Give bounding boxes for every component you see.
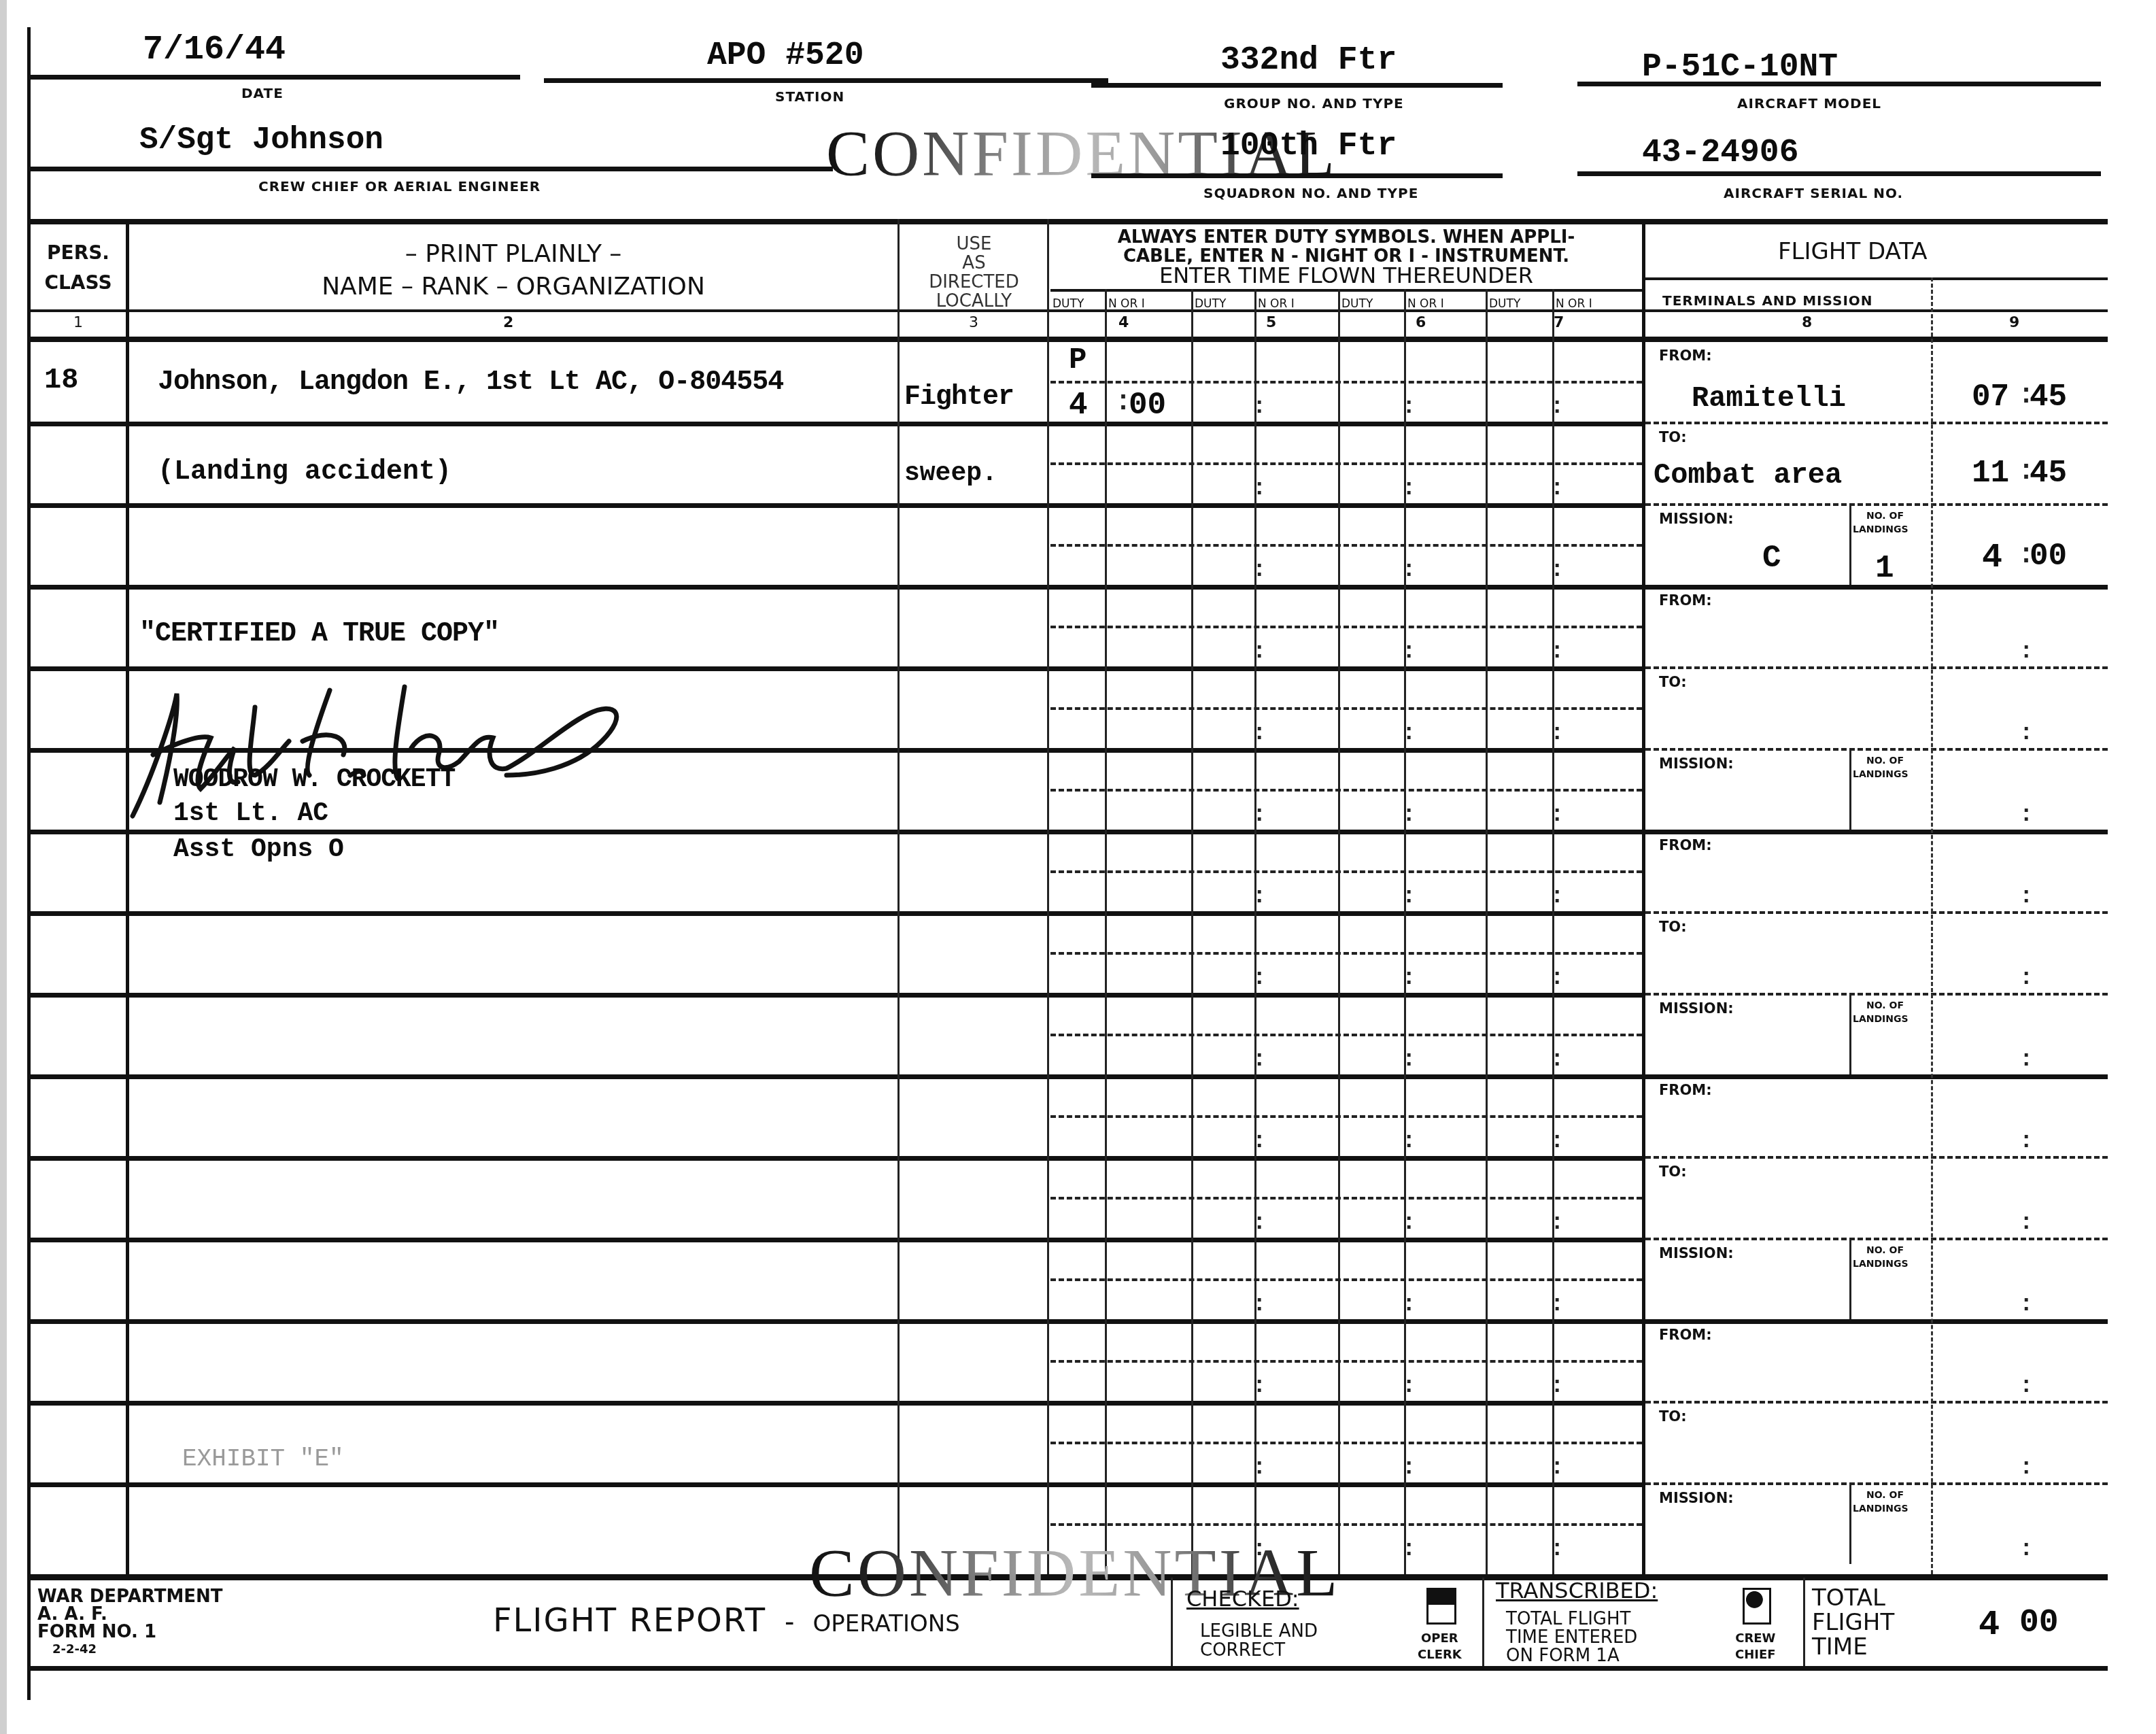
row-rule xyxy=(31,1156,1645,1161)
certification-heading: "CERTIFIED A TRUE COPY" xyxy=(139,619,499,649)
duty-sublabel: DUTY xyxy=(1195,297,1226,311)
leg1-to-value[interactable]: Combat area xyxy=(1654,459,1842,492)
leg1-depart-minutes[interactable]: 45 xyxy=(2030,379,2067,415)
squadron-label: SQUADRON NO. AND TYPE xyxy=(1203,185,1418,201)
landings-box-divider xyxy=(1849,748,1851,830)
col9-number: 9 xyxy=(2009,314,2019,331)
time-colon: : xyxy=(1252,721,1266,747)
time-colon: : xyxy=(2019,966,2033,991)
time-colon: : xyxy=(2019,1455,2033,1481)
time-colon: : xyxy=(1550,394,1564,420)
time-colon: : xyxy=(2019,1129,2033,1155)
checked-divider xyxy=(1171,1578,1173,1666)
row-rule xyxy=(31,1401,1645,1406)
time-colon: : xyxy=(1252,884,1266,910)
leg-rule xyxy=(1645,830,2108,834)
time-colon: : xyxy=(2019,1374,2033,1399)
time-colon: : xyxy=(1402,1537,1416,1563)
leg-dash-rule xyxy=(1645,1156,2108,1159)
leg-dash-rule xyxy=(1645,422,2108,424)
time-colon: : xyxy=(2019,1537,2033,1563)
time-colon: : xyxy=(2019,1292,2033,1318)
leg1-time-minutes[interactable]: 00 xyxy=(2030,539,2067,574)
aircraft-serial-label: AIRCRAFT SERIAL NO. xyxy=(1724,185,1903,201)
leg1-landings-value[interactable]: 1 xyxy=(1875,551,1894,586)
time-colon: : xyxy=(1402,1455,1416,1481)
crew-chief-label: CREW CHIEF OR AERIAL ENGINEER xyxy=(258,178,541,194)
to-label: TO: xyxy=(1659,674,1687,690)
entry-duty-minutes[interactable]: 00 xyxy=(1129,388,1166,423)
crew-chief-underline xyxy=(31,167,833,171)
group-value: 332nd Ftr xyxy=(1220,42,1397,79)
time-colon: : xyxy=(1550,966,1564,991)
to-label: TO: xyxy=(1659,1408,1687,1425)
n-or-i-sublabel: N OR I xyxy=(1556,297,1592,311)
leg1-depart-hours[interactable]: 07 xyxy=(1972,379,2009,415)
landings-label: LANDINGS xyxy=(1853,1014,1909,1025)
flight-data-label: FLIGHT DATA xyxy=(1778,238,1928,265)
time-colon: : xyxy=(1252,394,1266,420)
col3-divider xyxy=(1047,219,1049,1574)
date-underline xyxy=(31,75,520,80)
time-colon: : xyxy=(2019,1047,2033,1073)
leg1-from-value[interactable]: Ramitelli xyxy=(1692,382,1846,415)
aircraft-serial-underline xyxy=(1577,171,2101,176)
landings-box-divider xyxy=(1849,1482,1851,1564)
leg-dash-rule xyxy=(1645,1401,2108,1404)
left-border xyxy=(0,0,7,1734)
duty-instructions: ALWAYS ENTER DUTY SYMBOLS. WHEN APPLI- C… xyxy=(1050,228,1642,285)
col-number-rule xyxy=(31,309,2108,312)
time-colon: : xyxy=(1550,1537,1564,1563)
time-colon: : xyxy=(2019,884,2033,910)
row-rule xyxy=(31,830,1645,834)
mission-label: MISSION: xyxy=(1659,755,1734,772)
landings-label: NO. OF xyxy=(1866,511,1904,522)
entry-use-line1[interactable]: Fighter xyxy=(904,382,1014,413)
col4-number: 4 xyxy=(1118,314,1129,331)
time-colon: : xyxy=(1550,721,1564,747)
row-rule xyxy=(31,1238,1645,1242)
transcribed-divider xyxy=(1482,1578,1484,1666)
certifier-name: WOODROW W. CROCKETT xyxy=(173,765,455,794)
date-value: 7/16/44 xyxy=(143,31,286,69)
entry-remark[interactable]: (Landing accident) xyxy=(158,457,451,488)
total-hours[interactable]: 4 xyxy=(1979,1605,2000,1645)
duty-area-right-edge xyxy=(1642,219,1645,1574)
duty-sub-divider xyxy=(1105,289,1107,1574)
time-colon: : xyxy=(1550,1129,1564,1155)
from-label: FROM: xyxy=(1659,837,1712,853)
total-flight-time-label: TOTAL FLIGHT TIME xyxy=(1812,1586,1894,1659)
leg-rule xyxy=(1645,1074,2108,1079)
time-colon: : xyxy=(1402,721,1416,747)
entry-duty-hours[interactable]: 4 xyxy=(1069,388,1088,423)
leg1-mission-value[interactable]: C xyxy=(1762,541,1781,576)
n-or-i-sublabel: N OR I xyxy=(1407,297,1444,311)
n-or-i-sublabel: N OR I xyxy=(1108,297,1145,311)
time-colon: : xyxy=(1252,639,1266,665)
landings-label: LANDINGS xyxy=(1853,1259,1909,1270)
time-colon: : xyxy=(2019,721,2033,747)
leg1-time-hours[interactable]: 4 xyxy=(1982,539,2002,577)
to-label: TO: xyxy=(1659,429,1687,445)
col8-number: 8 xyxy=(1802,314,1812,331)
time-colon: : xyxy=(1252,558,1266,583)
duty-sublabel: DUTY xyxy=(1053,297,1084,311)
landings-label: NO. OF xyxy=(1866,1000,1904,1011)
landings-box-divider xyxy=(1849,503,1851,585)
col6-number: 6 xyxy=(1416,314,1426,331)
legible-correct-label: LEGIBLE AND CORRECT xyxy=(1200,1622,1318,1660)
leg-rule xyxy=(1645,1319,2108,1324)
col2-number: 2 xyxy=(503,314,513,331)
time-colon: : xyxy=(1252,1047,1266,1073)
row-rule xyxy=(31,1074,1645,1079)
time-colon: : xyxy=(1550,558,1564,583)
duty-group-divider xyxy=(1486,289,1488,1574)
footer-bottom-rule xyxy=(31,1666,2108,1671)
mission-label: MISSION: xyxy=(1659,1000,1734,1017)
certifier-rank: 1st Lt. AC xyxy=(173,799,328,828)
time-colon: : xyxy=(1402,476,1416,502)
group-underline xyxy=(1091,83,1503,88)
row-rule xyxy=(31,1319,1645,1324)
time-colon: : xyxy=(1402,1292,1416,1318)
transcribed-text: TOTAL FLIGHT TIME ENTERED ON FORM 1A xyxy=(1506,1610,1637,1665)
time-colon: : xyxy=(1550,1374,1564,1399)
time-colon: : xyxy=(1402,1129,1416,1155)
landings-label: NO. OF xyxy=(1866,755,1904,766)
time-colon: : xyxy=(1252,1374,1266,1399)
row-rule xyxy=(31,911,1645,916)
from-label: FROM: xyxy=(1659,1082,1712,1098)
time-colon: : xyxy=(1550,639,1564,665)
time-colon: : xyxy=(1550,476,1564,502)
time-colon: : xyxy=(1550,1455,1564,1481)
mission-label: MISSION: xyxy=(1659,1245,1734,1261)
col1-divider xyxy=(126,219,129,1574)
header-bottom-rule xyxy=(31,337,2108,342)
table-top-rule xyxy=(31,219,2108,224)
aircraft-model-underline xyxy=(1577,82,2101,86)
entry-pers-class[interactable]: 18 xyxy=(44,364,78,396)
duty-group-divider xyxy=(1191,289,1193,1574)
leg-dash-rule xyxy=(1645,666,2108,669)
leg-dash-rule xyxy=(1645,748,2108,751)
time-colon: : xyxy=(1550,1292,1564,1318)
landings-box-divider xyxy=(1849,993,1851,1074)
leg1-arrive-minutes[interactable]: 45 xyxy=(2030,456,2067,491)
time-colon: : xyxy=(2019,639,2033,665)
station-label: STATION xyxy=(775,88,844,105)
exhibit-label: EXHIBIT "E" xyxy=(182,1445,344,1473)
time-colon: : xyxy=(1252,476,1266,502)
time-colon: : xyxy=(1402,1047,1416,1073)
from-label: FROM: xyxy=(1659,1327,1712,1343)
time-colon: : xyxy=(1550,884,1564,910)
form-dept-block: WAR DEPARTMENT A. A. F. FORM NO. 1 2-2-4… xyxy=(37,1588,223,1659)
aircraft-serial-value: 43-24906 xyxy=(1642,135,1798,171)
leg-dash-rule xyxy=(1645,993,2108,996)
col3-header: USE AS DIRECTED LOCALLY xyxy=(901,235,1047,311)
aircraft-model-label: AIRCRAFT MODEL xyxy=(1737,95,1881,112)
row-rule xyxy=(31,993,1645,998)
entry-use-line2[interactable]: sweep. xyxy=(904,459,997,488)
time-colon: : xyxy=(1402,1374,1416,1399)
time-colon: : xyxy=(1252,1455,1266,1481)
time-colon: : xyxy=(1402,1210,1416,1236)
landings-label: LANDINGS xyxy=(1853,524,1909,535)
row-rule xyxy=(31,1482,1645,1487)
total-divider xyxy=(1803,1578,1805,1666)
transcribed-label: TRANSCRIBED: xyxy=(1496,1578,1658,1603)
date-label: DATE xyxy=(241,85,284,101)
n-or-i-sublabel: N OR I xyxy=(1258,297,1295,311)
landings-box-divider xyxy=(1849,1238,1851,1319)
time-colon: : xyxy=(1252,966,1266,991)
duty-sublabel: DUTY xyxy=(1489,297,1520,311)
from-label: FROM: xyxy=(1659,592,1712,609)
time-colon: : xyxy=(1402,558,1416,583)
row-rule xyxy=(31,585,1645,590)
row-rule xyxy=(31,503,1645,508)
squadron-value: 100th Ftr xyxy=(1220,128,1397,165)
time-colon: : xyxy=(1550,1047,1564,1073)
flight-data-sub-rule xyxy=(1645,277,2108,280)
col7-number: 7 xyxy=(1554,314,1564,331)
landings-label: LANDINGS xyxy=(1853,1503,1909,1514)
duty-group-divider xyxy=(1338,289,1340,1574)
col1-header: PERS. CLASS xyxy=(31,238,126,298)
col3-number: 3 xyxy=(969,314,978,331)
mission-label: MISSION: xyxy=(1659,1490,1734,1506)
mission-label: MISSION: xyxy=(1659,511,1734,527)
station-value: APO #520 xyxy=(707,37,863,74)
crew-chief-checkbox[interactable] xyxy=(1743,1588,1771,1625)
leg-dash-rule xyxy=(1645,503,2108,506)
leg-dash-rule xyxy=(1645,1238,2108,1240)
duty-sublabel: DUTY xyxy=(1341,297,1373,311)
to-label: TO: xyxy=(1659,919,1687,935)
col2-header: – PRINT PLAINLY – NAME – RANK – ORGANIZA… xyxy=(129,238,897,303)
time-colon: : xyxy=(2019,1210,2033,1236)
entry-name[interactable]: Johnson, Langdon E., 1st Lt AC, O-804554 xyxy=(158,367,783,398)
leg1-arrive-hours[interactable]: 11 xyxy=(1972,456,2009,491)
col1-number: 1 xyxy=(73,314,83,331)
time-colon: : xyxy=(1252,1292,1266,1318)
oper-clerk-checkbox[interactable] xyxy=(1426,1588,1456,1625)
time-colon: : xyxy=(1252,1129,1266,1155)
to-label: TO: xyxy=(1659,1163,1687,1180)
certifier-title: Asst Opns O xyxy=(173,835,344,864)
time-colon: : xyxy=(1252,1210,1266,1236)
crew-chief-value: S/Sgt Johnson xyxy=(139,122,383,158)
time-colon: : xyxy=(1402,394,1416,420)
col5-number: 5 xyxy=(1266,314,1276,331)
time-colon: : xyxy=(2019,802,2033,828)
time-colon: : xyxy=(1252,802,1266,828)
entry-duty-symbol[interactable]: P xyxy=(1069,343,1086,377)
station-underline xyxy=(544,78,1108,83)
time-colon: : xyxy=(1402,966,1416,991)
time-colon: : xyxy=(1402,884,1416,910)
time-colon: : xyxy=(1550,1210,1564,1236)
row-rule xyxy=(31,666,1645,671)
time-colon: : xyxy=(1402,802,1416,828)
leg-dash-rule xyxy=(1645,1482,2108,1485)
crew-chief-check-label: CREW CHIEF xyxy=(1735,1631,1776,1663)
landings-label: LANDINGS xyxy=(1853,769,1909,780)
time-colon: : xyxy=(1550,802,1564,828)
time-colon: : xyxy=(1402,639,1416,665)
checked-label: CHECKED: xyxy=(1186,1586,1299,1612)
terminals-label: TERMINALS AND MISSION xyxy=(1662,292,1873,309)
leg-dash-rule xyxy=(1645,911,2108,914)
col2-divider xyxy=(897,219,900,1574)
squadron-underline xyxy=(1091,173,1503,178)
group-label: GROUP NO. AND TYPE xyxy=(1224,95,1404,112)
from-label: FROM: xyxy=(1659,347,1712,364)
flight-time-divider xyxy=(1931,277,1933,1574)
row-rule xyxy=(31,422,1645,426)
total-minutes[interactable]: 00 xyxy=(2019,1605,2059,1642)
landings-label: NO. OF xyxy=(1866,1490,1904,1501)
landings-label: NO. OF xyxy=(1866,1245,1904,1256)
oper-clerk-label: OPER CLERK xyxy=(1418,1631,1462,1663)
aircraft-model-value: P-51C-10NT xyxy=(1642,49,1838,86)
